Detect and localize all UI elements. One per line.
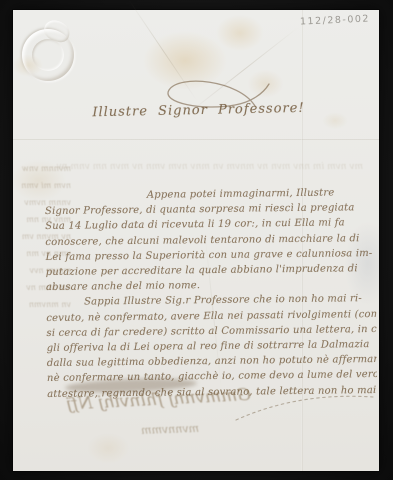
letter-body: Appena potei immaginarmi, Illustre Signo… (45, 185, 378, 402)
letter-paper: 112/28-002 Illustre Signor Professore! A… (13, 10, 379, 471)
bleed-line: vnnm nvmv (13, 194, 71, 211)
bleed-line: nvm mi vmn (13, 177, 71, 194)
catalog-number-annotation: 112/28-002 (300, 13, 370, 27)
bleed-line: mvnnm vnw (13, 160, 71, 177)
seal-inner-ring (32, 39, 64, 71)
pencil-arc-mark (228, 382, 378, 426)
scanned-letter-screenshot: { "frame": { "background_color": "#16161… (0, 0, 393, 480)
salutation-line: Illustre Signor Professore! (91, 101, 306, 120)
signature-flourish-bleed: mvnnvmm (79, 422, 199, 439)
bleed-through-left-margin: mvnnm vnw nvm mi vmn vnnm nvmv mnv vn nm… (13, 160, 71, 313)
bleed-line: vmn nv mn (13, 245, 71, 262)
bleed-line: vn mnvmn (13, 296, 71, 313)
bleed-line: nm vnm nv (13, 279, 71, 296)
horizontal-fold-line (13, 138, 379, 140)
bleed-line: mnv vn nm (13, 211, 71, 228)
embossed-seal-stamp (22, 29, 74, 81)
bleed-line: mnvm nvv (13, 262, 71, 279)
bleed-through-strokes: mv nvm im nnv mvn nv mnvm vn mnv nvm vmn… (33, 162, 363, 172)
bleed-line: nv mvnn vm (13, 228, 71, 245)
